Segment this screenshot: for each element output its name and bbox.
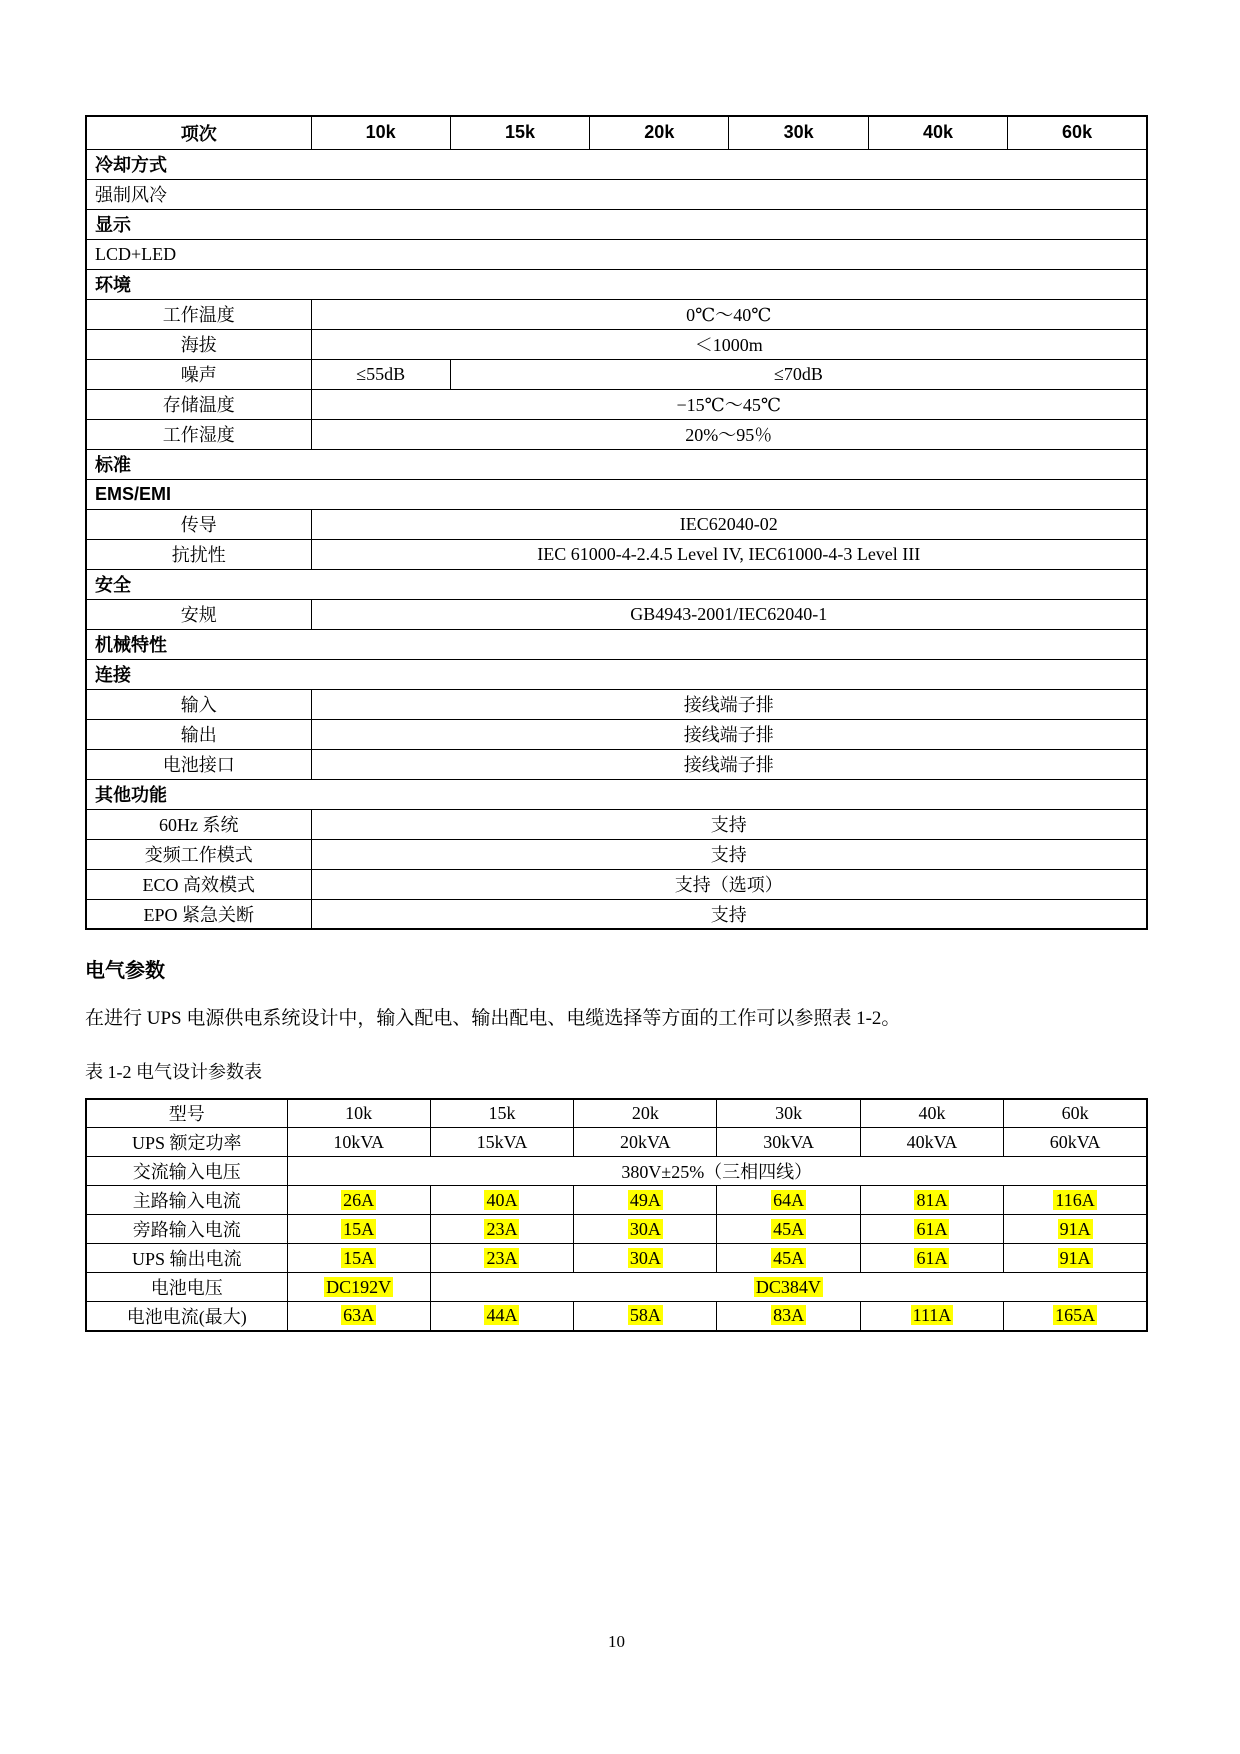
page-number: 10 <box>85 1632 1148 1652</box>
column-header: 60k <box>1004 1099 1147 1128</box>
highlighted-value: 23A <box>484 1219 519 1239</box>
highlighted-value: 15A <box>341 1219 376 1239</box>
section-label: 环境 <box>86 269 1147 299</box>
highlighted-value: 26A <box>341 1190 376 1210</box>
table-row: EMS/EMI <box>86 479 1147 509</box>
table-row: 连接 <box>86 659 1147 689</box>
table-row: 电池电流(最大)63A44A58A83A111A165A <box>86 1302 1147 1331</box>
table-row: ECO 高效模式支持（选项） <box>86 869 1147 899</box>
param-value: ≤55dB <box>311 359 450 389</box>
param-label: 变频工作模式 <box>86 839 311 869</box>
section-label: 机械特性 <box>86 629 1147 659</box>
highlighted-value: 30A <box>628 1219 663 1239</box>
data-cell: 111A <box>860 1302 1003 1331</box>
table-row: 电池接口接线端子排 <box>86 749 1147 779</box>
highlighted-value: 49A <box>628 1190 663 1210</box>
data-cell: 44A <box>430 1302 573 1331</box>
data-cell: 23A <box>430 1244 573 1273</box>
param-label: 主路输入电流 <box>86 1186 287 1215</box>
param-label: 安规 <box>86 599 311 629</box>
table-row: 安规GB4943-2001/IEC62040-1 <box>86 599 1147 629</box>
spec-table-body: 项次10k15k20k30k40k60k冷却方式强制风冷显示LCD+LED环境工… <box>86 116 1147 929</box>
highlighted-value: 30A <box>628 1248 663 1268</box>
data-cell: 30kVA <box>717 1128 860 1157</box>
highlighted-value: 44A <box>484 1305 519 1325</box>
param-label: UPS 输出电流 <box>86 1244 287 1273</box>
param-value: −15℃～45℃ <box>311 389 1147 419</box>
table-row: 输出接线端子排 <box>86 719 1147 749</box>
highlighted-value: 15A <box>341 1248 376 1268</box>
data-cell: 26A <box>287 1186 430 1215</box>
highlighted-value: DC384V <box>754 1277 823 1297</box>
param-value: ＜1000m <box>311 329 1147 359</box>
data-cell: 61A <box>860 1215 1003 1244</box>
data-cell: 40kVA <box>860 1128 1003 1157</box>
column-header: 10k <box>311 116 450 149</box>
section-label: 冷却方式 <box>86 149 1147 179</box>
data-cell: 23A <box>430 1215 573 1244</box>
highlighted-value: 91A <box>1058 1219 1093 1239</box>
param-value: 支持（选项） <box>311 869 1147 899</box>
column-header: 20k <box>590 116 729 149</box>
param-label: 海拔 <box>86 329 311 359</box>
param-label: UPS 额定功率 <box>86 1128 287 1157</box>
table-row: 工作湿度20%～95％ <box>86 419 1147 449</box>
table-row: 标准 <box>86 449 1147 479</box>
section-heading: 电气参数 <box>85 954 1148 983</box>
table-row: 交流输入电压380V±25%（三相四线） <box>86 1157 1147 1186</box>
data-cell: 15A <box>287 1215 430 1244</box>
highlighted-value: 45A <box>771 1219 806 1239</box>
electrical-table-body: 型号10k15k20k30k40k60kUPS 额定功率10kVA15kVA20… <box>86 1099 1147 1331</box>
table-row: LCD+LED <box>86 239 1147 269</box>
table-row: 安全 <box>86 569 1147 599</box>
column-header: 40k <box>860 1099 1003 1128</box>
table-row: 机械特性 <box>86 629 1147 659</box>
data-cell: 64A <box>717 1186 860 1215</box>
table-row: 存储温度−15℃～45℃ <box>86 389 1147 419</box>
param-label: 旁路输入电流 <box>86 1215 287 1244</box>
data-cell: 81A <box>860 1186 1003 1215</box>
data-cell: 45A <box>717 1215 860 1244</box>
data-cell: DC384V <box>430 1273 1147 1302</box>
highlighted-value: 64A <box>771 1190 806 1210</box>
highlighted-value: 116A <box>1053 1190 1096 1210</box>
highlighted-value: 45A <box>771 1248 806 1268</box>
table-row: EPO 紧急关断支持 <box>86 899 1147 929</box>
data-cell: 20kVA <box>574 1128 717 1157</box>
row-label-header: 型号 <box>86 1099 287 1128</box>
data-cell: 30A <box>574 1215 717 1244</box>
param-label: EPO 紧急关断 <box>86 899 311 929</box>
data-cell: 380V±25%（三相四线） <box>287 1157 1147 1186</box>
data-cell: 30A <box>574 1244 717 1273</box>
table-row: 其他功能 <box>86 779 1147 809</box>
data-cell: DC192V <box>287 1273 430 1302</box>
table-row: 旁路输入电流15A23A30A45A61A91A <box>86 1215 1147 1244</box>
data-cell: 91A <box>1004 1215 1147 1244</box>
param-value: 接线端子排 <box>311 749 1147 779</box>
intro-paragraph: 在进行 UPS 电源供电系统设计中，输入配电、输出配电、电缆选择等方面的工作可以… <box>85 1007 1148 1032</box>
table-row: 工作温度0℃～40℃ <box>86 299 1147 329</box>
full-row-value: 强制风冷 <box>86 179 1147 209</box>
param-value: 支持 <box>311 899 1147 929</box>
param-value: IEC 61000-4-2.4.5 Level IV, IEC61000-4-3… <box>311 539 1147 569</box>
param-value: GB4943-2001/IEC62040-1 <box>311 599 1147 629</box>
elec-header-row: 型号10k15k20k30k40k60k <box>86 1099 1147 1128</box>
full-row-value: LCD+LED <box>86 239 1147 269</box>
document-page: 项次10k15k20k30k40k60k冷却方式强制风冷显示LCD+LED环境工… <box>0 0 1240 1754</box>
data-cell: 63A <box>287 1302 430 1331</box>
table-row: 抗扰性IEC 61000-4-2.4.5 Level IV, IEC61000-… <box>86 539 1147 569</box>
param-label: 电池电压 <box>86 1273 287 1302</box>
data-cell: 60kVA <box>1004 1128 1147 1157</box>
table-row: 电池电压DC192VDC384V <box>86 1273 1147 1302</box>
param-value: 支持 <box>311 839 1147 869</box>
param-label: 工作湿度 <box>86 419 311 449</box>
table-row: 变频工作模式支持 <box>86 839 1147 869</box>
data-cell: 45A <box>717 1244 860 1273</box>
table-row: UPS 输出电流15A23A30A45A61A91A <box>86 1244 1147 1273</box>
param-label: 噪声 <box>86 359 311 389</box>
param-label: 抗扰性 <box>86 539 311 569</box>
data-cell: 10kVA <box>287 1128 430 1157</box>
highlighted-value: 81A <box>914 1190 949 1210</box>
table-row: 输入接线端子排 <box>86 689 1147 719</box>
section-label: 显示 <box>86 209 1147 239</box>
param-value: 接线端子排 <box>311 719 1147 749</box>
table-caption: 表 1-2 电气设计参数表 <box>85 1058 1148 1084</box>
param-label: 传导 <box>86 509 311 539</box>
table-row: 显示 <box>86 209 1147 239</box>
column-header: 20k <box>574 1099 717 1128</box>
column-header: 40k <box>868 116 1007 149</box>
highlighted-value: 63A <box>341 1305 376 1325</box>
data-cell: 40A <box>430 1186 573 1215</box>
table-row: 传导IEC62040-02 <box>86 509 1147 539</box>
param-label: 电池电流(最大) <box>86 1302 287 1331</box>
param-value: 支持 <box>311 809 1147 839</box>
param-label: 输入 <box>86 689 311 719</box>
param-value: 接线端子排 <box>311 689 1147 719</box>
data-cell: 91A <box>1004 1244 1147 1273</box>
data-cell: 58A <box>574 1302 717 1331</box>
table-row: 环境 <box>86 269 1147 299</box>
table-row: UPS 额定功率10kVA15kVA20kVA30kVA40kVA60kVA <box>86 1128 1147 1157</box>
table-row: 60Hz 系统支持 <box>86 809 1147 839</box>
table-row: 冷却方式 <box>86 149 1147 179</box>
param-label: 工作温度 <box>86 299 311 329</box>
param-value: 20%～95％ <box>311 419 1147 449</box>
page-content: 项次10k15k20k30k40k60k冷却方式强制风冷显示LCD+LED环境工… <box>85 115 1148 1332</box>
param-label: 电池接口 <box>86 749 311 779</box>
param-value: ≤70dB <box>450 359 1147 389</box>
table-row: 主路输入电流26A40A49A64A81A116A <box>86 1186 1147 1215</box>
highlighted-value: 23A <box>484 1248 519 1268</box>
data-cell: 61A <box>860 1244 1003 1273</box>
data-cell: 116A <box>1004 1186 1147 1215</box>
param-value: 0℃～40℃ <box>311 299 1147 329</box>
section-label: EMS/EMI <box>86 479 1147 509</box>
column-header: 30k <box>717 1099 860 1128</box>
data-cell: 165A <box>1004 1302 1147 1331</box>
spec-header-row: 项次10k15k20k30k40k60k <box>86 116 1147 149</box>
highlighted-value: DC192V <box>324 1277 393 1297</box>
section-label: 标准 <box>86 449 1147 479</box>
data-cell: 15kVA <box>430 1128 573 1157</box>
spec-table: 项次10k15k20k30k40k60k冷却方式强制风冷显示LCD+LED环境工… <box>85 115 1148 930</box>
param-label: ECO 高效模式 <box>86 869 311 899</box>
column-header: 60k <box>1008 116 1147 149</box>
highlighted-value: 61A <box>914 1248 949 1268</box>
column-header: 15k <box>450 116 589 149</box>
section-label: 安全 <box>86 569 1147 599</box>
param-label: 交流输入电压 <box>86 1157 287 1186</box>
highlighted-value: 83A <box>771 1305 806 1325</box>
highlighted-value: 91A <box>1058 1248 1093 1268</box>
section-label: 连接 <box>86 659 1147 689</box>
data-cell: 15A <box>287 1244 430 1273</box>
table-row: 噪声≤55dB≤70dB <box>86 359 1147 389</box>
data-cell: 49A <box>574 1186 717 1215</box>
column-header: 15k <box>430 1099 573 1128</box>
column-header: 30k <box>729 116 868 149</box>
highlighted-value: 40A <box>484 1190 519 1210</box>
row-label-header: 项次 <box>86 116 311 149</box>
column-header: 10k <box>287 1099 430 1128</box>
param-label: 60Hz 系统 <box>86 809 311 839</box>
highlighted-value: 165A <box>1053 1305 1097 1325</box>
highlighted-value: 61A <box>914 1219 949 1239</box>
table-row: 强制风冷 <box>86 179 1147 209</box>
highlighted-value: 111A <box>911 1305 954 1325</box>
param-value: IEC62040-02 <box>311 509 1147 539</box>
param-label: 输出 <box>86 719 311 749</box>
table-row: 海拔＜1000m <box>86 329 1147 359</box>
section-label: 其他功能 <box>86 779 1147 809</box>
electrical-table: 型号10k15k20k30k40k60kUPS 额定功率10kVA15kVA20… <box>85 1098 1148 1332</box>
param-label: 存储温度 <box>86 389 311 419</box>
data-cell: 83A <box>717 1302 860 1331</box>
highlighted-value: 58A <box>628 1305 663 1325</box>
